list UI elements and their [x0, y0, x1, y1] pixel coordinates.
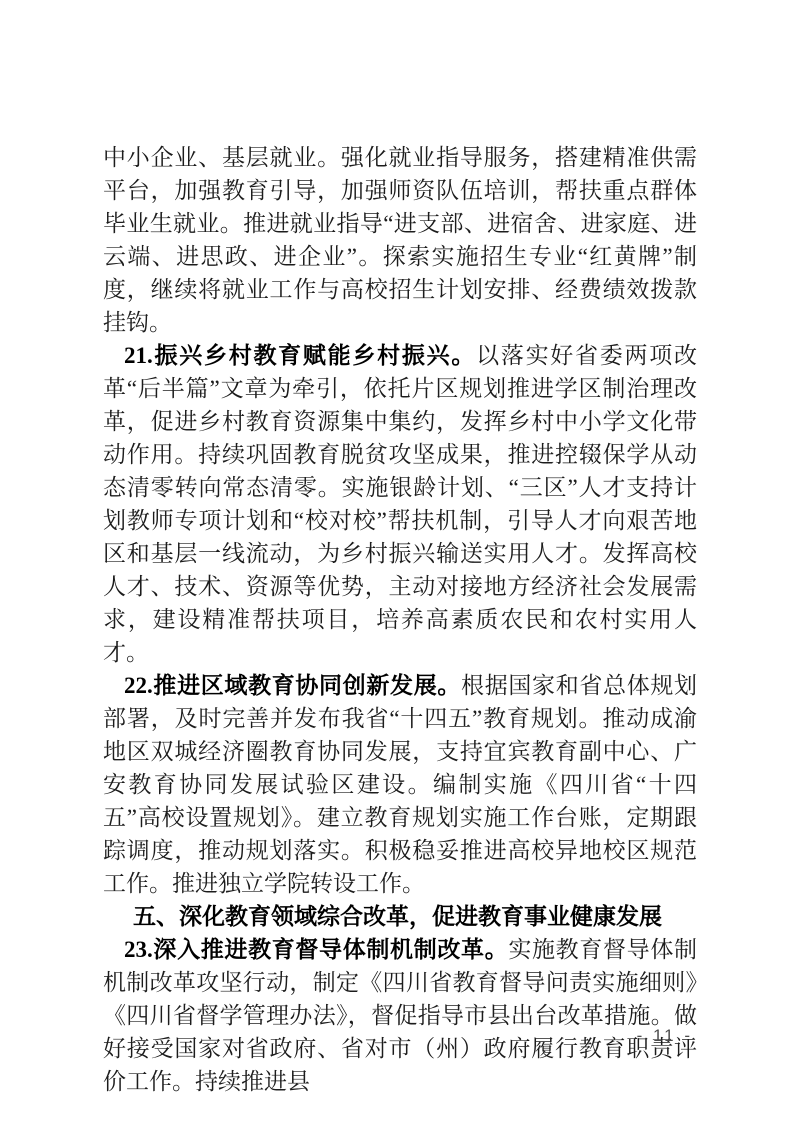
document-body: 中小企业、基层就业。强化就业指导服务，搭建精准供需平台，加强教育引导，加强师资队…	[103, 141, 697, 1098]
paragraph-continuation: 中小企业、基层就业。强化就业指导服务，搭建精准供需平台，加强教育引导，加强师资队…	[103, 141, 697, 339]
paragraph-item-22-text: 根据国家和省总体规划部署，及时完善并发布我省“十四五”教育规划。推动成渝地区双城…	[103, 673, 697, 896]
paragraph-item-21-lead: 21.振兴乡村教育赋能乡村振兴。	[124, 343, 476, 368]
paragraph-continuation-text: 中小企业、基层就业。强化就业指导服务，搭建精准供需平台，加强教育引导，加强师资队…	[103, 145, 697, 335]
paragraph-item-23-lead: 23.深入推进教育督导体制机制改革。	[124, 937, 508, 962]
document-page: 中小企业、基层就业。强化就业指导服务，搭建精准供需平台，加强教育引导，加强师资队…	[0, 0, 793, 1122]
paragraph-item-22-lead: 22.推进区域教育协同创新发展。	[124, 673, 461, 698]
paragraph-item-21: 21.振兴乡村教育赋能乡村振兴。以落实好省委两项改革“后半篇”文章为牵引，依托片…	[103, 339, 697, 669]
page-number: - 11 -	[637, 1026, 693, 1046]
paragraph-item-22: 22.推进区域教育协同创新发展。根据国家和省总体规划部署，及时完善并发布我省“十…	[103, 669, 697, 900]
section-5-heading: 五、深化教育领域综合改革，促进教育事业健康发展	[103, 900, 697, 933]
paragraph-item-21-text: 以落实好省委两项改革“后半篇”文章为牵引，依托片区规划推进学区制治理改革，促进乡…	[103, 343, 697, 665]
paragraph-item-23: 23.深入推进教育督导体制机制改革。实施教育督导体制机制改革攻坚行动，制定《四川…	[103, 933, 697, 1098]
